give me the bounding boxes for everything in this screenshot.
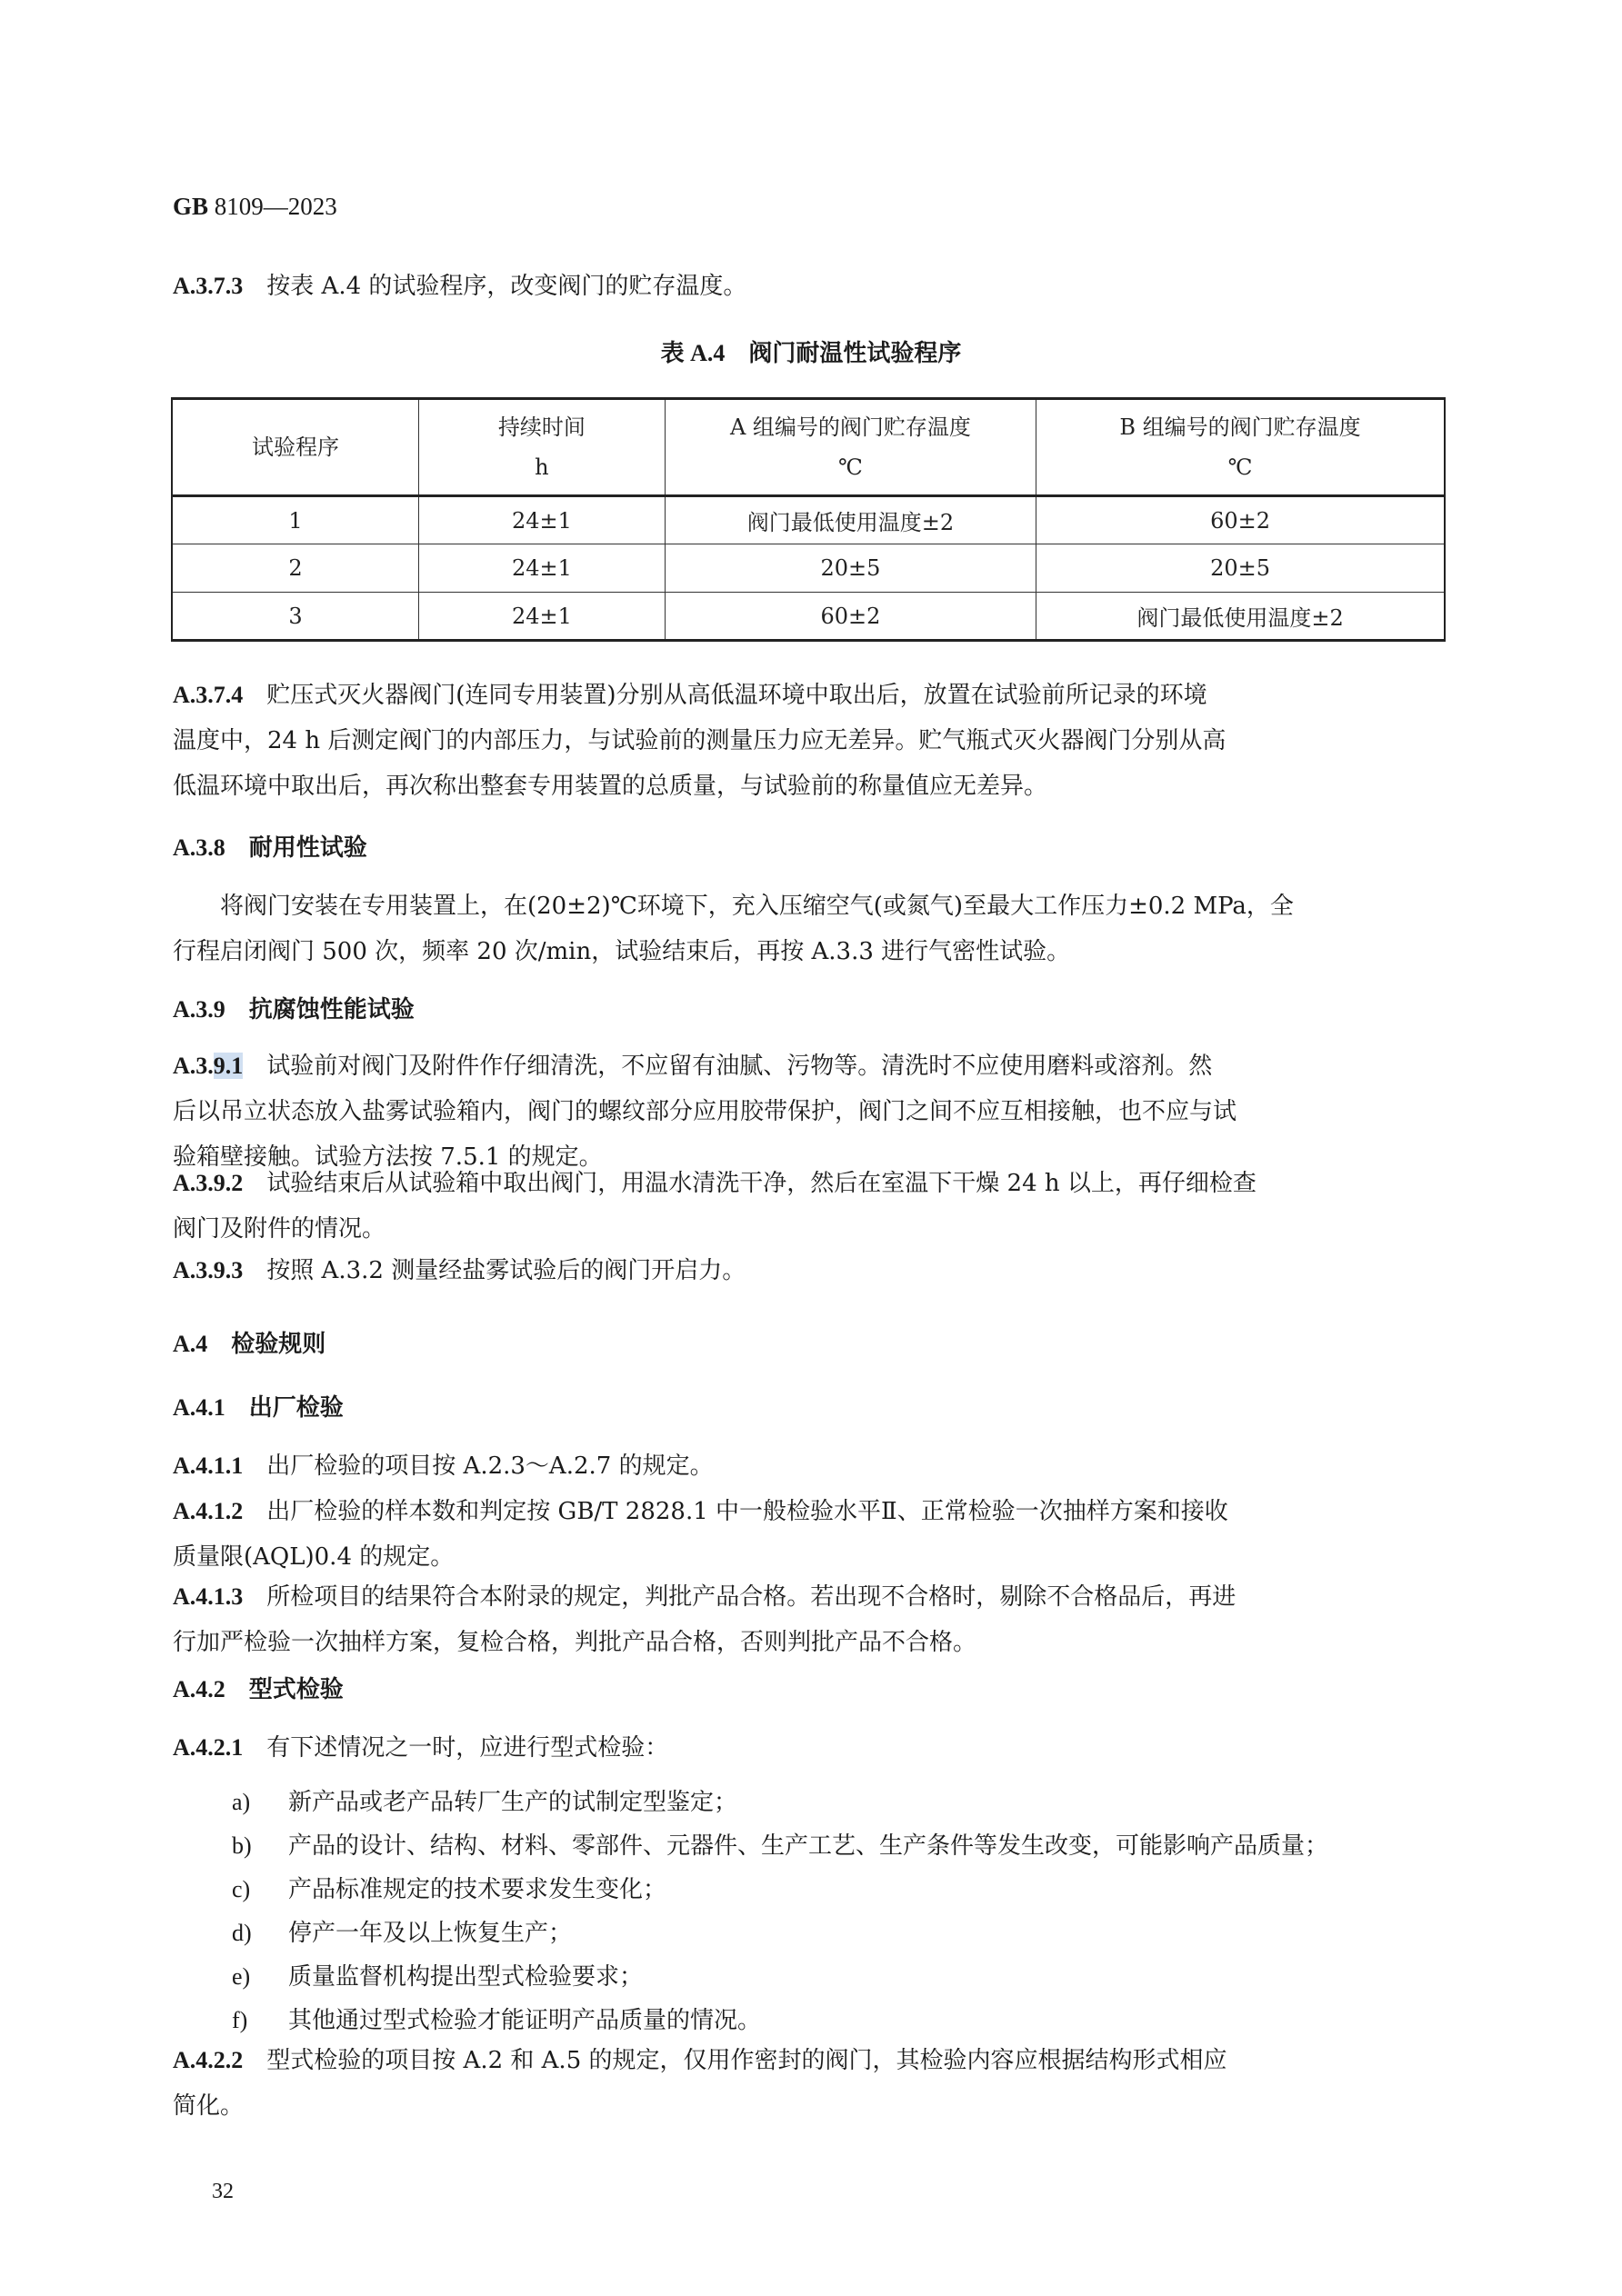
clause-label: A.4.1.2 — [173, 1498, 243, 1524]
clause-label: A.4.1.1 — [173, 1452, 243, 1479]
list-item: e)质量监督机构提出型式检验要求； — [232, 1958, 643, 1992]
table-cell: 24±1 — [419, 544, 666, 593]
text-selection-highlight: 9.1 — [214, 1053, 244, 1079]
standard-code-number: 8109—2023 — [215, 193, 337, 220]
table-cell: 3 — [172, 593, 419, 641]
column-header-duration: 持续时间h — [419, 399, 666, 496]
list-item: d)停产一年及以上恢复生产； — [232, 1914, 572, 1948]
table-cell: 阀门最低使用温度±2 — [1036, 593, 1445, 641]
clause-a393: A.3.9.3按照 A.3.2 测量经盐雾试验后的阀门开启力。 — [173, 1248, 1446, 1293]
list-item: f)其他通过型式检验才能证明产品质量的情况。 — [232, 2002, 761, 2035]
table-row: 2 24±1 20±5 20±5 — [172, 544, 1445, 593]
table-cell: 24±1 — [419, 593, 666, 641]
column-header-group-b-temp: B 组编号的阀门贮存温度℃ — [1036, 399, 1445, 496]
clause-label: A.3.9.3 — [173, 1257, 243, 1283]
standard-code-prefix: GB — [173, 193, 208, 220]
clause-a412: A.4.1.2出厂检验的样本数和判定按 GB/T 2828.1 中一般检验水平Ⅱ… — [173, 1489, 1446, 1580]
list-item: b)产品的设计、结构、材料、零部件、元器件、生产工艺、生产条件等发生改变，可能影… — [232, 1827, 1328, 1861]
table-header-row: 试验程序 持续时间h A 组编号的阀门贮存温度℃ B 组编号的阀门贮存温度℃ — [172, 399, 1445, 496]
table-cell: 20±5 — [665, 544, 1036, 593]
clause-a413: A.4.1.3所检项目的结果符合本附录的规定，判批产品合格。若出现不合格时，剔除… — [173, 1574, 1446, 1665]
clause-label: A.4.2.1 — [173, 1734, 243, 1761]
table-title-text: 阀门耐温性试验程序 — [748, 340, 961, 367]
clause-a391: A.3.9.1试验前对阀门及附件作仔细清洗，不应留有油腻、污物等。清洗时不应使用… — [173, 1043, 1446, 1180]
heading-a41: A.4.1出厂检验 — [173, 1389, 344, 1423]
heading-a39: A.3.9抗腐蚀性能试验 — [173, 991, 415, 1024]
table-title-label: 表 A.4 — [661, 340, 726, 366]
heading-a42: A.4.2型式检验 — [173, 1671, 344, 1704]
clause-text: 按表 A.4 的试验程序，改变阀门的贮存温度。 — [266, 273, 746, 300]
list-item: a)新产品或老产品转厂生产的试制定型鉴定； — [232, 1783, 737, 1817]
table-cell: 阀门最低使用温度±2 — [665, 496, 1036, 544]
table-cell: 24±1 — [419, 496, 666, 544]
table-row: 3 24±1 60±2 阀门最低使用温度±2 — [172, 593, 1445, 641]
table-row: 1 24±1 阀门最低使用温度±2 60±2 — [172, 496, 1445, 544]
table-cell: 20±5 — [1036, 544, 1445, 593]
list-item: c)产品标准规定的技术要求发生变化； — [232, 1871, 666, 1904]
clause-a422: A.4.2.2型式检验的项目按 A.2 和 A.5 的规定，仅用作密封的阀门，其… — [173, 2038, 1446, 2129]
clause-label: A.4.1.3 — [173, 1583, 243, 1610]
valve-temperature-test-table: 试验程序 持续时间h A 组编号的阀门贮存温度℃ B 组编号的阀门贮存温度℃ 1… — [171, 397, 1446, 642]
clause-a374: A.3.7.4贮压式灭火器阀门(连同专用装置)分别从高低温环境中取出后，放置在试… — [173, 673, 1446, 809]
clause-a411: A.4.1.1出厂检验的项目按 A.2.3～A.2.7 的规定。 — [173, 1443, 1446, 1489]
table-cell: 2 — [172, 544, 419, 593]
clause-label: A.3.7.3 — [173, 273, 243, 299]
page-number: 32 — [212, 2180, 234, 2204]
clause-label: A.3.7.4 — [173, 682, 243, 708]
clause-label: A.3.9.2 — [173, 1170, 243, 1196]
column-header-group-a-temp: A 组编号的阀门贮存温度℃ — [665, 399, 1036, 496]
table-title: 表 A.4阀门耐温性试验程序 — [0, 334, 1622, 368]
clause-a38-body: 将阀门安装在专用装置上，在(20±2)℃环境下，充入压缩空气(或氮气)至最大工作… — [173, 883, 1446, 974]
standard-code: GB 8109—2023 — [173, 193, 337, 221]
column-header-test-procedure: 试验程序 — [172, 399, 419, 496]
clause-label: A.4.2.2 — [173, 2047, 243, 2073]
table-cell: 60±2 — [1036, 496, 1445, 544]
clause-a421: A.4.2.1有下述情况之一时，应进行型式检验： — [173, 1725, 1446, 1771]
table-cell: 1 — [172, 496, 419, 544]
document-page: GB 8109—2023 A.3.7.3按表 A.4 的试验程序，改变阀门的贮存… — [0, 0, 1622, 2296]
table-cell: 60±2 — [665, 593, 1036, 641]
heading-a4: A.4检验规则 — [173, 1325, 325, 1359]
heading-a38: A.3.8耐用性试验 — [173, 829, 367, 863]
clause-a392: A.3.9.2试验结束后从试验箱中取出阀门，用温水清洗干净，然后在室温下干燥 2… — [173, 1161, 1446, 1252]
clause-label: A.3.9.1 — [173, 1053, 243, 1079]
clause-a373: A.3.7.3按表 A.4 的试验程序，改变阀门的贮存温度。 — [173, 264, 1446, 309]
